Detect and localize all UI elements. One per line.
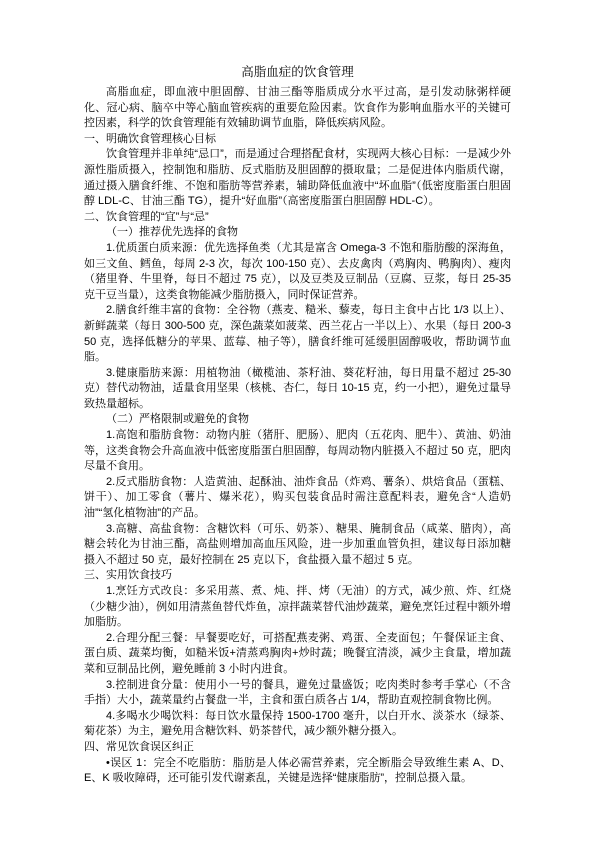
paragraph: 1.烹饪方式改良：多采用蒸、煮、炖、拌、烤（无油）的方式，减少煎、炸、红烧（少糖… — [84, 584, 511, 631]
paragraph: 1.高饱和脂肪食物：动物内脏（猪肝、肥肠）、肥肉（五花肉、肥牛）、黄油、奶油等，… — [84, 428, 511, 475]
paragraph: 2.合理分配三餐：早餐要吃好，可搭配燕麦粥、鸡蛋、全麦面包；午餐保证主食、蛋白质… — [84, 631, 511, 678]
section-heading: 二、饮食管理的“宜”与“忌” — [84, 210, 511, 226]
document-body: 高脂血症，即血液中胆固醇、甘油三酯等脂质成分水平过高，是引发动脉粥样硬化、冠心病… — [84, 85, 511, 787]
paragraph: 2.反式脂肪食物：人造黄油、起酥油、油炸食品（炸鸡、薯条）、烘焙食品（蛋糕、饼干… — [84, 475, 511, 522]
document-title: 高脂血症的饮食管理 — [84, 62, 511, 82]
paragraph: 3.健康脂肪来源：用植物油（橄榄油、茶籽油、葵花籽油，每日用量不超过 25-30… — [84, 366, 511, 413]
paragraph: 2.膳食纤维丰富的食物：全谷物（燕麦、糙米、藜麦，每日主食中占比 1/3 以上）… — [84, 303, 511, 365]
paragraph: •误区 1：完全不吃脂肪：脂肪是人体必需营养素，完全断脂会导致维生素 A、D、E… — [84, 756, 511, 787]
paragraph: 3.控制进食分量：使用小一号的餐具，避免过量盛饭；吃肉类时参考手掌心（不含手指）… — [84, 678, 511, 709]
section-heading: 一、明确饮食管理核心目标 — [84, 132, 511, 148]
document-page: 高脂血症的饮食管理 高脂血症，即血液中胆固醇、甘油三酯等脂质成分水平过高，是引发… — [0, 0, 595, 841]
section-heading: 四、常见饮食误区纠正 — [84, 740, 511, 756]
paragraph: 3.高糖、高盐食物：含糖饮料（可乐、奶茶）、糖果、腌制食品（咸菜、腊肉），高糖会… — [84, 522, 511, 569]
paragraph: 饮食管理并非单纯“忌口”，而是通过合理搭配食材，实现两大核心目标：一是减少外源性… — [84, 147, 511, 209]
paragraph: 1.优质蛋白质来源：优先选择鱼类（尤其是富含 Omega-3 不饱和脂肪酸的深海… — [84, 241, 511, 303]
paragraph: 高脂血症，即血液中胆固醇、甘油三酯等脂质成分水平过高，是引发动脉粥样硬化、冠心病… — [84, 85, 511, 132]
paragraph: 4.多喝水少喝饮料：每日饮水量保持 1500-1700 毫升，以白开水、淡茶水（… — [84, 709, 511, 740]
paragraph: （二）严格限制或避免的食物 — [84, 412, 511, 428]
section-heading: 三、实用饮食技巧 — [84, 568, 511, 584]
paragraph: （一）推荐优先选择的食物 — [84, 225, 511, 241]
